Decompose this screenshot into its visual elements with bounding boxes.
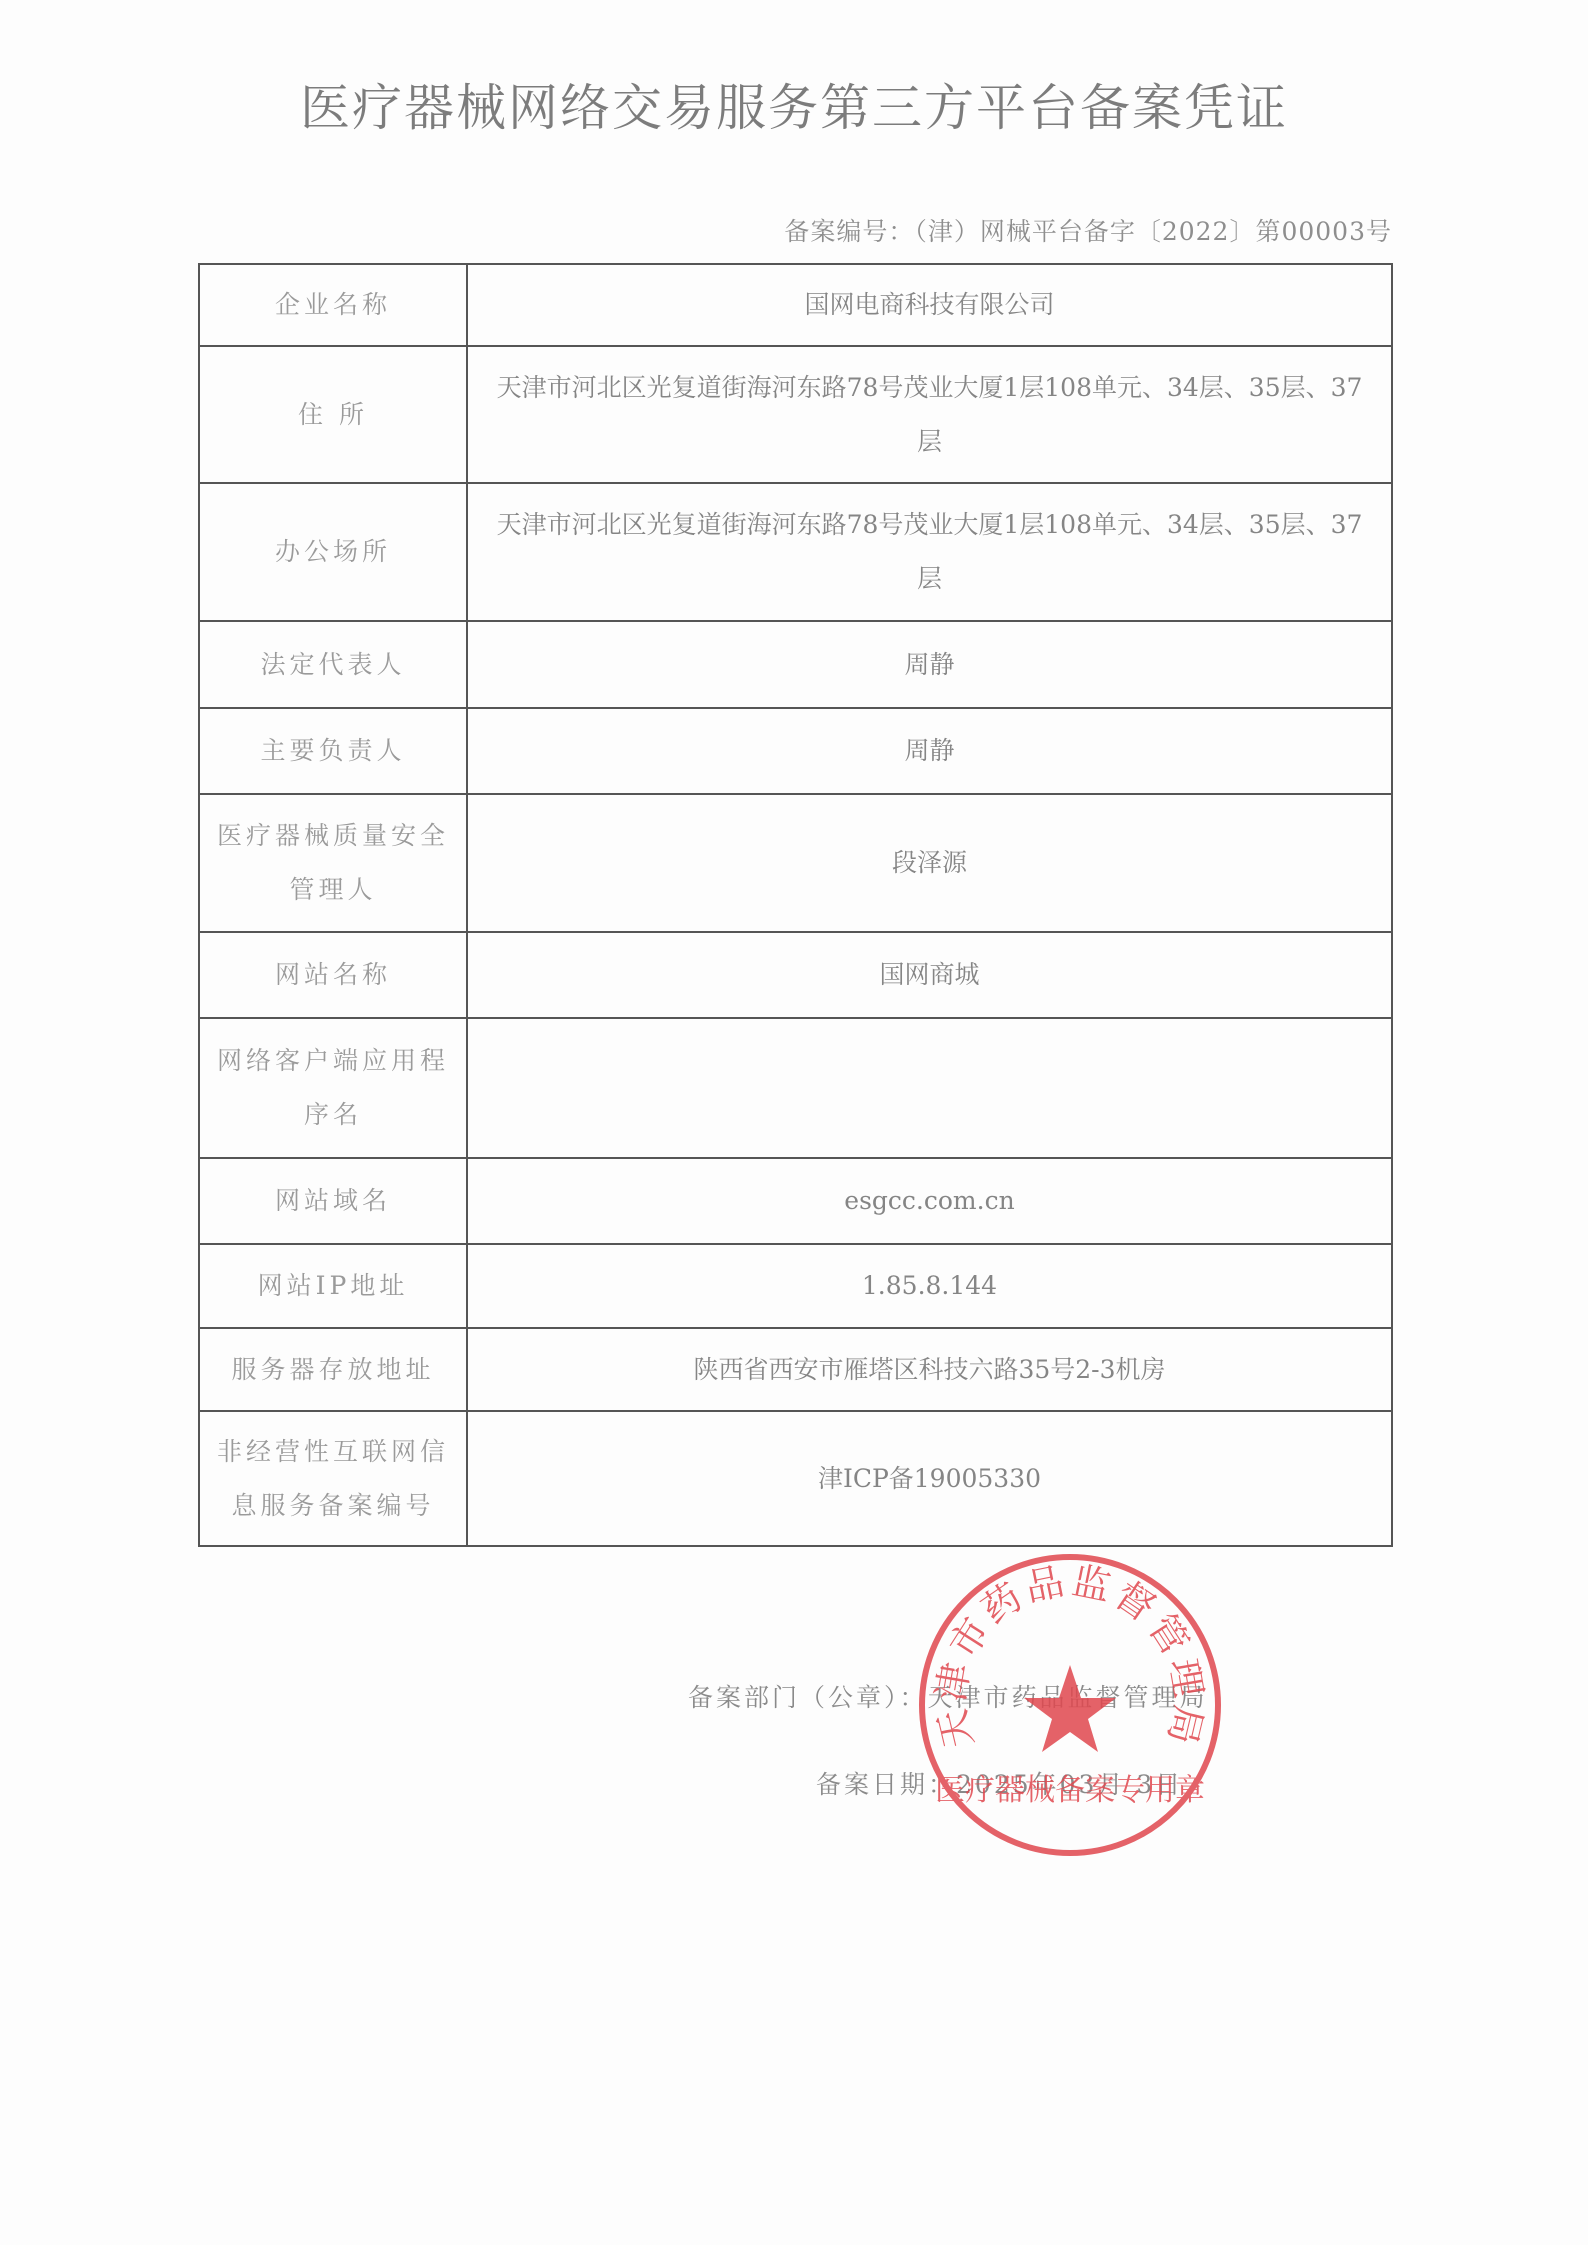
table-row: 企业名称国网电商科技有限公司: [199, 264, 1392, 346]
row-value: [467, 1018, 1392, 1158]
official-seal-icon: 天津市药品监督管理局 医疗器械备案专用章: [915, 1550, 1225, 1860]
table-row: 非经营性互联网信息服务备案编号津ICP备19005330: [199, 1411, 1392, 1546]
row-value: 1.85.8.144: [467, 1244, 1392, 1328]
row-value: 国网商城: [467, 932, 1392, 1018]
row-value: 陕西省西安市雁塔区科技六路35号2-3机房: [467, 1328, 1392, 1411]
row-label: 企业名称: [199, 264, 467, 346]
row-label: 非经营性互联网信息服务备案编号: [199, 1411, 467, 1546]
seal-inner-text: 医疗器械备案专用章: [935, 1773, 1205, 1808]
table-row: 网站名称国网商城: [199, 932, 1392, 1018]
record-number: 备案编号：（津）网械平台备字〔2022〕第00003号: [784, 212, 1392, 248]
table-row: 网站IP地址1.85.8.144: [199, 1244, 1392, 1328]
row-value: 天津市河北区光复道街海河东路78号茂业大厦1层108单元、34层、35层、37层: [467, 483, 1392, 621]
row-value: 天津市河北区光复道街海河东路78号茂业大厦1层108单元、34层、35层、37层: [467, 346, 1392, 483]
info-table: 企业名称国网电商科技有限公司住 所天津市河北区光复道街海河东路78号茂业大厦1层…: [198, 263, 1393, 1547]
row-label: 主要负责人: [199, 708, 467, 794]
row-value: esgcc.com.cn: [467, 1158, 1392, 1244]
row-label: 网站名称: [199, 932, 467, 1018]
table-row: 法定代表人周静: [199, 621, 1392, 708]
row-value: 段泽源: [467, 794, 1392, 932]
row-label: 医疗器械质量安全管理人: [199, 794, 467, 932]
table-row: 办公场所天津市河北区光复道街海河东路78号茂业大厦1层108单元、34层、35层…: [199, 483, 1392, 621]
table-row: 医疗器械质量安全管理人段泽源: [199, 794, 1392, 932]
row-label: 住 所: [199, 346, 467, 483]
row-label: 法定代表人: [199, 621, 467, 708]
row-label: 网站域名: [199, 1158, 467, 1244]
table-row: 服务器存放地址陕西省西安市雁塔区科技六路35号2-3机房: [199, 1328, 1392, 1411]
table-row: 网络客户端应用程序名: [199, 1018, 1392, 1158]
row-value: 周静: [467, 621, 1392, 708]
row-label: 网站IP地址: [199, 1244, 467, 1328]
table-row: 主要负责人周静: [199, 708, 1392, 794]
row-value: 周静: [467, 708, 1392, 794]
row-value: 津ICP备19005330: [467, 1411, 1392, 1546]
row-value: 国网电商科技有限公司: [467, 264, 1392, 346]
row-label: 办公场所: [199, 483, 467, 621]
table-row: 网站域名esgcc.com.cn: [199, 1158, 1392, 1244]
table-row: 住 所天津市河北区光复道街海河东路78号茂业大厦1层108单元、34层、35层、…: [199, 346, 1392, 483]
page-title: 医疗器械网络交易服务第三方平台备案凭证: [0, 68, 1588, 140]
filing-department-label: 备案部门（公章）：: [688, 1683, 928, 1712]
row-label: 服务器存放地址: [199, 1328, 467, 1411]
row-label: 网络客户端应用程序名: [199, 1018, 467, 1158]
